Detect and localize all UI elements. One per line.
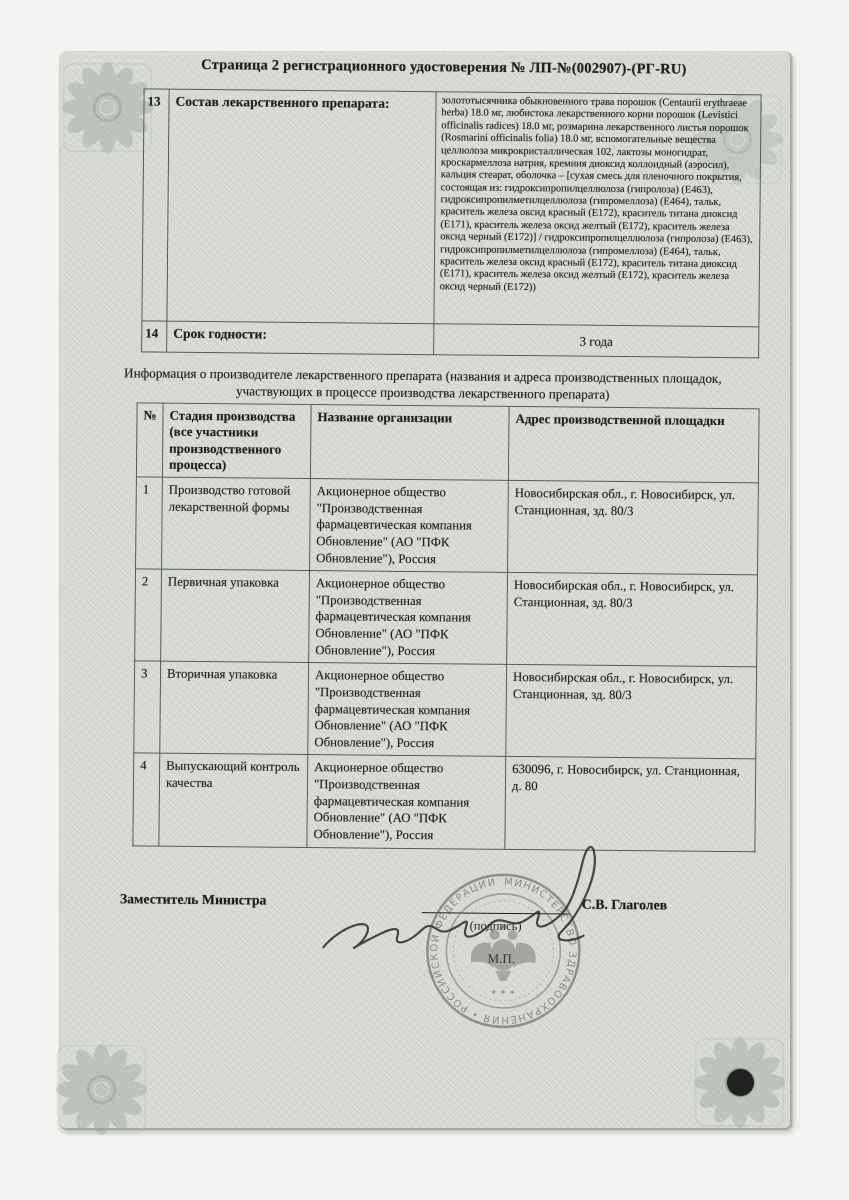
address-cell: Новосибирская обл., г. Новосибирск, ул. … <box>507 573 758 668</box>
row-number: 1 <box>136 477 163 569</box>
column-header-address: Адрес производственной площадки <box>508 406 759 482</box>
row-number: 4 <box>133 753 160 845</box>
column-header-num: № <box>136 403 163 477</box>
table-row: 13 Состав лекарственного препарата: золо… <box>142 89 761 327</box>
column-header-stage: Стадия производства (все участники произ… <box>162 403 311 478</box>
column-header-org: Название организации <box>310 405 509 481</box>
handwritten-signature <box>309 831 610 969</box>
row-number: 14 <box>142 321 167 352</box>
composition-label: Состав лекарственного препарата: <box>167 89 436 324</box>
shelf-life-label: Срок годности: <box>167 321 434 355</box>
signatory-position-label: Заместитель Министра <box>120 891 267 908</box>
stage-cell: Вторичная упаковка <box>160 661 309 755</box>
registration-items-table: 13 Состав лекарственного препарата: золо… <box>141 88 762 358</box>
scanned-content-layer: Страница 2 регистрационного удостоверени… <box>50 51 790 1134</box>
table-row: 2 Первичная упаковка Акционерное обществ… <box>135 569 758 667</box>
scanned-registration-certificate-page: { "page": { "header": "Страница 2 регист… <box>0 0 849 1200</box>
row-number: 2 <box>135 569 162 661</box>
page-title: Страница 2 регистрационного удостоверени… <box>60 56 790 80</box>
table-row: 3 Вторичная упаковка Акционерное обществ… <box>134 661 757 759</box>
shelf-life-value: 3 года <box>434 324 759 358</box>
address-cell: Новосибирская обл., г. Новосибирск, ул. … <box>506 665 757 760</box>
stage-cell: Первичная упаковка <box>161 569 310 663</box>
table-row: 1 Производство готовой лекарственной фор… <box>136 477 759 575</box>
manufacturer-info-intro: Информация о производителе лекарственног… <box>102 365 744 404</box>
manufacturer-table: № Стадия производства (все участники про… <box>132 402 759 851</box>
document-paper: Страница 2 регистрационного удостоверени… <box>60 52 792 1130</box>
org-cell: Акционерное общество "Производственная ф… <box>309 571 508 665</box>
composition-value: золототысячника обыкновенного трава поро… <box>434 92 761 327</box>
address-cell: Новосибирская обл., г. Новосибирск, ул. … <box>508 480 759 575</box>
stamp-stars: ✦ ✦ ✦ <box>490 988 516 997</box>
row-number: 3 <box>134 661 161 753</box>
org-cell: Акционерное общество "Производственная ф… <box>310 479 509 573</box>
row-number: 13 <box>142 89 169 321</box>
org-cell: Акционерное общество "Производственная ф… <box>308 663 507 757</box>
table-header-row: № Стадия производства (все участники про… <box>136 403 759 483</box>
table-row: 14 Срок годности: 3 года <box>142 321 759 358</box>
stage-cell: Выпускающий контроль качества <box>159 753 308 847</box>
stage-cell: Производство готовой лекарственной формы <box>162 477 311 571</box>
